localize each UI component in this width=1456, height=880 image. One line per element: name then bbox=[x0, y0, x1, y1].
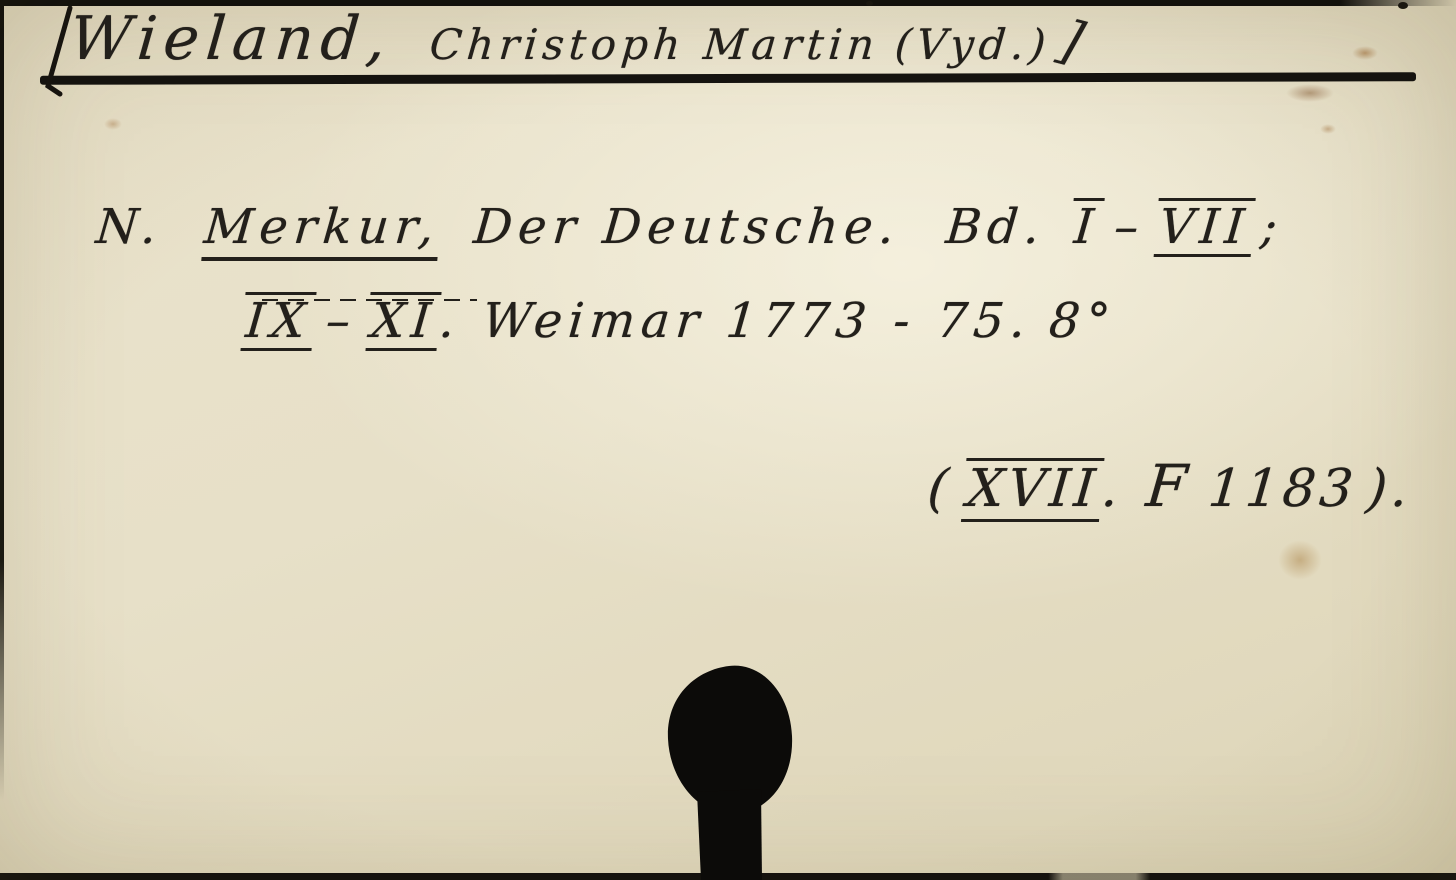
closing-bracket: ] bbox=[1052, 10, 1096, 74]
title-initial: N. bbox=[94, 199, 165, 255]
foxing-spot bbox=[1352, 46, 1378, 60]
foxing-spot bbox=[1286, 84, 1334, 102]
catalog-card: Wieland, Christoph Martin (Vyd.) ] N. Me… bbox=[0, 0, 1456, 880]
volume-from-roman: I bbox=[1069, 198, 1105, 252]
volume-label: Bd. bbox=[944, 199, 1048, 255]
title-rest: Der Deutsche. bbox=[471, 199, 902, 255]
shelfmark-period: . bbox=[1099, 459, 1125, 519]
dust-speck bbox=[1398, 2, 1408, 9]
shelfmark-letter: F bbox=[1144, 452, 1194, 520]
foxing-spot bbox=[104, 118, 122, 130]
period: . bbox=[437, 293, 463, 349]
shelfmark-line: ( XVII . F 1183 ). bbox=[925, 452, 1415, 522]
title-keyword-second-underline bbox=[262, 299, 477, 301]
title-keyword: Merkur, bbox=[201, 199, 442, 261]
foxing-spot bbox=[1278, 540, 1322, 580]
volume-to-roman: VII bbox=[1154, 198, 1256, 257]
foxing-spot bbox=[1320, 124, 1336, 134]
place-and-years: Weimar 1773 - 75. bbox=[480, 293, 1034, 349]
scan-edge-left bbox=[0, 0, 4, 800]
shelfmark-roman: XVII bbox=[961, 458, 1104, 522]
paren-open: ( bbox=[925, 459, 955, 519]
paren-close: ). bbox=[1364, 459, 1414, 519]
title-line: N. Merkur, Der Deutsche. Bd. I – VII ; bbox=[93, 198, 1285, 261]
punch-hole bbox=[640, 660, 840, 880]
author-surname: Wieland, bbox=[67, 4, 396, 74]
author-given-names: Christoph Martin bbox=[428, 20, 881, 69]
author-role: (Vyd.) bbox=[893, 20, 1053, 69]
heading-underline-rule bbox=[40, 72, 1416, 85]
shelfmark-number: 1183 bbox=[1206, 459, 1360, 519]
volume-dash: – bbox=[1112, 199, 1147, 255]
semicolon: ; bbox=[1259, 199, 1286, 255]
format-octavo: 8° bbox=[1047, 293, 1118, 349]
volume2-dash: – bbox=[324, 293, 359, 349]
heading-line: Wieland, Christoph Martin (Vyd.) ] bbox=[67, 4, 1089, 74]
